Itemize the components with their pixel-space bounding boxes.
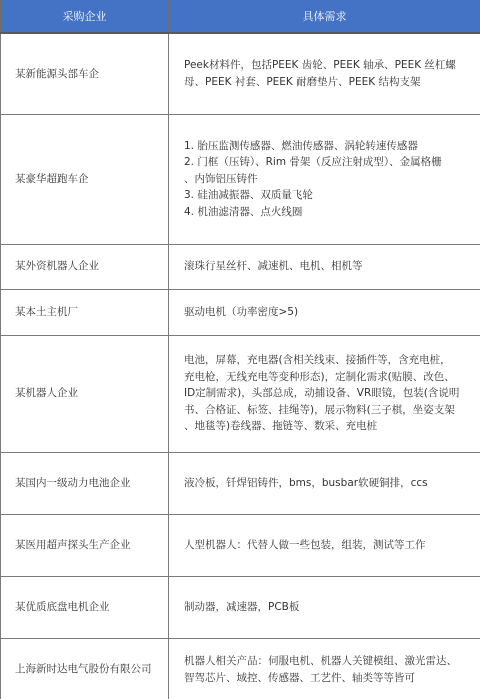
table-row: 某豪华超跑车企 1. 胎压监测传感器、燃油传感器、涡轮转速传感器 2. 门框（压… <box>1 114 480 244</box>
table-row: 某外资机器人企业 滚珠行星丝杆、减速机、电机、相机等 <box>1 244 480 289</box>
table-row: 某新能源头部车企 Peek材料件，包括PEEK 齿轮、PEEK 轴承、PEEK … <box>1 33 480 114</box>
needs-cell: 人型机器人：代替人做一些包装，组装，测试等工作 <box>169 514 480 576</box>
company-cell: 某新能源头部车企 <box>1 33 169 114</box>
company-cell: 某本土主机厂 <box>1 289 169 335</box>
needs-line: 液冷板，钎焊铝铸件，bms，busbar软硬铜排，ccs <box>184 475 474 492</box>
procurement-needs-table: 采购企业 具体需求 某新能源头部车企 Peek材料件，包括PEEK 齿轮、PEE… <box>0 0 480 699</box>
needs-line: 1. 胎压监测传感器、燃油传感器、涡轮转速传感器 <box>184 138 474 155</box>
company-cell: 上海新时达电气股份有限公司 <box>1 638 169 699</box>
column-header-company: 采购企业 <box>1 0 169 33</box>
table-row: 某本土主机厂 驱动电机（功率密度>5) <box>1 289 480 335</box>
needs-cell: 液冷板，钎焊铝铸件，bms，busbar软硬铜排，ccs <box>169 452 480 514</box>
table-row: 某机器人企业 电池，屏幕，充电器(含相关线束、接插件等，含充电桩， 充电枪，无线… <box>1 335 480 452</box>
needs-line: Peek材料件，包括PEEK 齿轮、PEEK 轴承、PEEK 丝杠螺 <box>184 57 474 74</box>
needs-line: 、内饰铝压铸件 <box>184 171 474 188</box>
needs-cell: 驱动电机（功率密度>5) <box>169 289 480 335</box>
needs-line: ID定制需求)，头部总成，动捕设备、VR眼镜，包装(含说明 <box>184 385 474 402</box>
company-cell: 某外资机器人企业 <box>1 244 169 289</box>
needs-cell: Peek材料件，包括PEEK 齿轮、PEEK 轴承、PEEK 丝杠螺 母、PEE… <box>169 33 480 114</box>
table-row: 某优质底盘电机企业 制动器，减速器，PCB板 <box>1 576 480 638</box>
needs-cell: 1. 胎压监测传感器、燃油传感器、涡轮转速传感器 2. 门框（压铸）、Rim 骨… <box>169 114 480 244</box>
company-cell: 某医用超声探头生产企业 <box>1 514 169 576</box>
needs-line: 3. 硅油减振器、双质量飞轮 <box>184 187 474 204</box>
needs-line: 2. 门框（压铸）、Rim 骨架（反应注射成型）、金属格栅 <box>184 154 474 171</box>
header-row: 采购企业 具体需求 <box>1 0 480 33</box>
company-cell: 某机器人企业 <box>1 335 169 452</box>
table-row: 上海新时达电气股份有限公司 机器人相关产品：伺服电机、机器人关键模组、激光雷达、… <box>1 638 480 699</box>
needs-cell: 制动器，减速器，PCB板 <box>169 576 480 638</box>
needs-line: 人型机器人：代替人做一些包装，组装，测试等工作 <box>184 537 474 554</box>
needs-line: 、地毯等)卷线器、拖链等、数采、充电桩 <box>184 418 474 435</box>
column-header-needs: 具体需求 <box>169 0 480 33</box>
needs-line: 母、PEEK 衬套、PEEK 耐磨垫片、PEEK 结构支架 <box>184 74 474 91</box>
needs-line: 充电枪，无线充电等变种形态)，定制化需求(贴膜、改色、 <box>184 369 474 386</box>
table-row: 某医用超声探头生产企业 人型机器人：代替人做一些包装，组装，测试等工作 <box>1 514 480 576</box>
needs-line: 4. 机油滤清器、点火线圈 <box>184 204 474 221</box>
company-cell: 某豪华超跑车企 <box>1 114 169 244</box>
needs-line: 制动器，减速器，PCB板 <box>184 599 474 616</box>
needs-cell: 滚珠行星丝杆、减速机、电机、相机等 <box>169 244 480 289</box>
needs-line: 机器人相关产品：伺服电机、机器人关键模组、激光雷达、 <box>184 653 474 670</box>
needs-line: 书、合格证、标签、挂绳等)，展示物料(三子棋，坐姿支架 <box>184 402 474 419</box>
needs-line: 智驾芯片、域控、传感器、工艺件、轴类等等皆可 <box>184 670 474 687</box>
needs-line: 电池，屏幕，充电器(含相关线束、接插件等，含充电桩， <box>184 352 474 369</box>
company-cell: 某优质底盘电机企业 <box>1 576 169 638</box>
needs-line: 滚珠行星丝杆、减速机、电机、相机等 <box>184 258 474 275</box>
needs-cell: 电池，屏幕，充电器(含相关线束、接插件等，含充电桩， 充电枪，无线充电等变种形态… <box>169 335 480 452</box>
needs-cell: 机器人相关产品：伺服电机、机器人关键模组、激光雷达、 智驾芯片、域控、传感器、工… <box>169 638 480 699</box>
company-cell: 某国内一级动力电池企业 <box>1 452 169 514</box>
table-row: 某国内一级动力电池企业 液冷板，钎焊铝铸件，bms，busbar软硬铜排，ccs <box>1 452 480 514</box>
needs-line: 驱动电机（功率密度>5) <box>184 304 474 321</box>
